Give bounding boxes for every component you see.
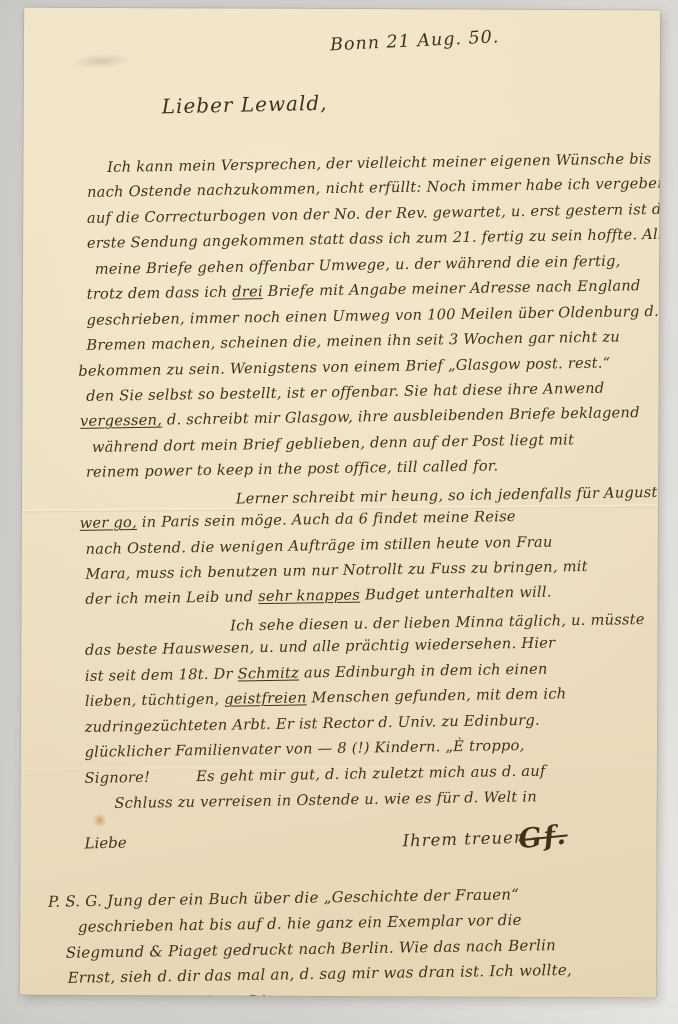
underlined-word: Schmitz [238, 664, 300, 682]
underlined-word: vergessen, [80, 412, 162, 430]
letter-body: Ich kann mein Versprechen, der vielleich… [85, 155, 648, 819]
signature-monogram: Gf. [517, 820, 569, 856]
struck-word: GA [245, 991, 269, 997]
underlined-word: geistfreien [224, 690, 307, 708]
paper-smudge [72, 52, 133, 70]
valediction: Ihrem treuen [402, 828, 526, 851]
underlined-word: wer go, [80, 514, 138, 532]
underlined-word: drei [232, 283, 263, 300]
postscript: P. S. G. Jung der ein Buch über die „Ges… [48, 890, 649, 998]
letter-paper: Bonn 21 Aug. 50. Lieber Lewald, Ich kann… [20, 8, 660, 998]
dateline: Bonn 21 Aug. 50. [330, 27, 500, 55]
salutation: Lieber Lewald, [161, 91, 327, 119]
photo-background: Bonn 21 Aug. 50. Lieber Lewald, Ich kann… [0, 0, 678, 1024]
closing-word: Liebe [84, 834, 127, 853]
underlined-word: sehr knappes [258, 587, 360, 606]
word: Es geht mir gut, d. ich zuletzt mich aus… [150, 762, 546, 785]
